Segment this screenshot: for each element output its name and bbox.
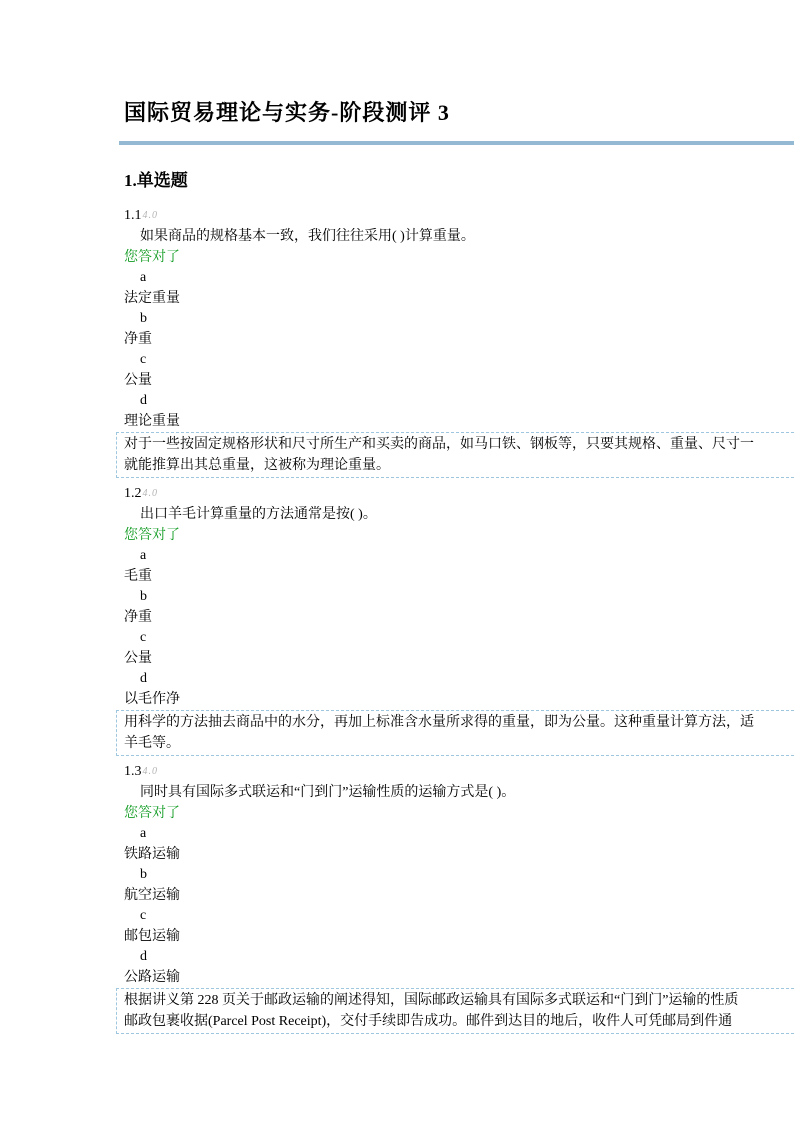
explanation-box: 根据讲义第 228 页关于邮政运输的阐述得知，国际邮政运输具有国际多式联运和“门… xyxy=(116,988,794,1034)
question-text: 出口羊毛计算重量的方法通常是按( )。 xyxy=(124,504,794,525)
question-score: 4.0 xyxy=(143,766,159,777)
option-label: 公路运输 xyxy=(124,967,794,988)
answer-result-text: 您答对了 xyxy=(124,525,794,546)
question-number-line: 1.34.0 xyxy=(124,761,794,782)
answer-result-text: 您答对了 xyxy=(124,247,794,268)
question-block-1-2: 1.24.0 出口羊毛计算重量的方法通常是按( )。 您答对了 a 毛重 b 净… xyxy=(124,483,794,756)
page-title: 国际贸易理论与实务-阶段测评 3 xyxy=(124,100,794,126)
question-block-1-3: 1.34.0 同时具有国际多式联运和“门到门”运输性质的运输方式是( )。 您答… xyxy=(124,761,794,1034)
question-number: 1.1 xyxy=(124,208,142,223)
question-block-1-1: 1.14.0 如果商品的规格基本一致，我们往往采用( )计算重量。 您答对了 a… xyxy=(124,205,794,478)
option-letter: c xyxy=(124,350,794,370)
document-page: 国际贸易理论与实务-阶段测评 3 1.单选题 1.14.0 如果商品的规格基本一… xyxy=(0,0,794,1123)
explanation-line: 用科学的方法抽去商品中的水分，再加上标准含水量所求得的重量，即为公量。这种重量计… xyxy=(124,712,794,733)
option-letter: d xyxy=(124,391,794,411)
option-letter: d xyxy=(124,947,794,967)
option-label: 毛重 xyxy=(124,566,794,587)
option-label: 公量 xyxy=(124,370,794,391)
question-text: 如果商品的规格基本一致，我们往往采用( )计算重量。 xyxy=(124,226,794,247)
explanation-line: 对于一些按固定规格形状和尺寸所生产和买卖的商品，如马口铁、钢板等，只要其规格、重… xyxy=(124,434,794,455)
explanation-box: 对于一些按固定规格形状和尺寸所生产和买卖的商品，如马口铁、钢板等，只要其规格、重… xyxy=(116,432,794,478)
explanation-line: 根据讲义第 228 页关于邮政运输的阐述得知，国际邮政运输具有国际多式联运和“门… xyxy=(124,990,794,1011)
question-text: 同时具有国际多式联运和“门到门”运输性质的运输方式是( )。 xyxy=(124,782,794,803)
option-letter: a xyxy=(124,824,794,844)
option-letter: b xyxy=(124,309,794,329)
option-label: 净重 xyxy=(124,329,794,350)
answer-result-text: 您答对了 xyxy=(124,803,794,824)
question-number-line: 1.14.0 xyxy=(124,205,794,226)
explanation-line: 就能推算出其总重量，这被称为理论重量。 xyxy=(124,455,794,476)
section-heading: 1.单选题 xyxy=(124,171,794,191)
option-label: 公量 xyxy=(124,648,794,669)
option-label: 以毛作净 xyxy=(124,689,794,710)
option-letter: c xyxy=(124,628,794,648)
question-score: 4.0 xyxy=(143,488,159,499)
option-letter: a xyxy=(124,546,794,566)
option-label: 净重 xyxy=(124,607,794,628)
option-label: 航空运输 xyxy=(124,885,794,906)
explanation-line: 羊毛等。 xyxy=(124,733,794,754)
option-label: 铁路运输 xyxy=(124,844,794,865)
option-label: 法定重量 xyxy=(124,288,794,309)
option-label: 理论重量 xyxy=(124,411,794,432)
option-letter: a xyxy=(124,268,794,288)
title-divider-rule xyxy=(119,141,794,145)
question-number: 1.3 xyxy=(124,764,142,779)
option-label: 邮包运输 xyxy=(124,926,794,947)
question-number-line: 1.24.0 xyxy=(124,483,794,504)
option-letter: c xyxy=(124,906,794,926)
explanation-line: 邮政包裹收据(Parcel Post Receipt)，交付手续即告成功。邮件到… xyxy=(124,1011,794,1032)
option-letter: b xyxy=(124,865,794,885)
question-number: 1.2 xyxy=(124,486,142,501)
explanation-box: 用科学的方法抽去商品中的水分，再加上标准含水量所求得的重量，即为公量。这种重量计… xyxy=(116,710,794,756)
question-score: 4.0 xyxy=(143,210,159,221)
option-letter: b xyxy=(124,587,794,607)
option-letter: d xyxy=(124,669,794,689)
